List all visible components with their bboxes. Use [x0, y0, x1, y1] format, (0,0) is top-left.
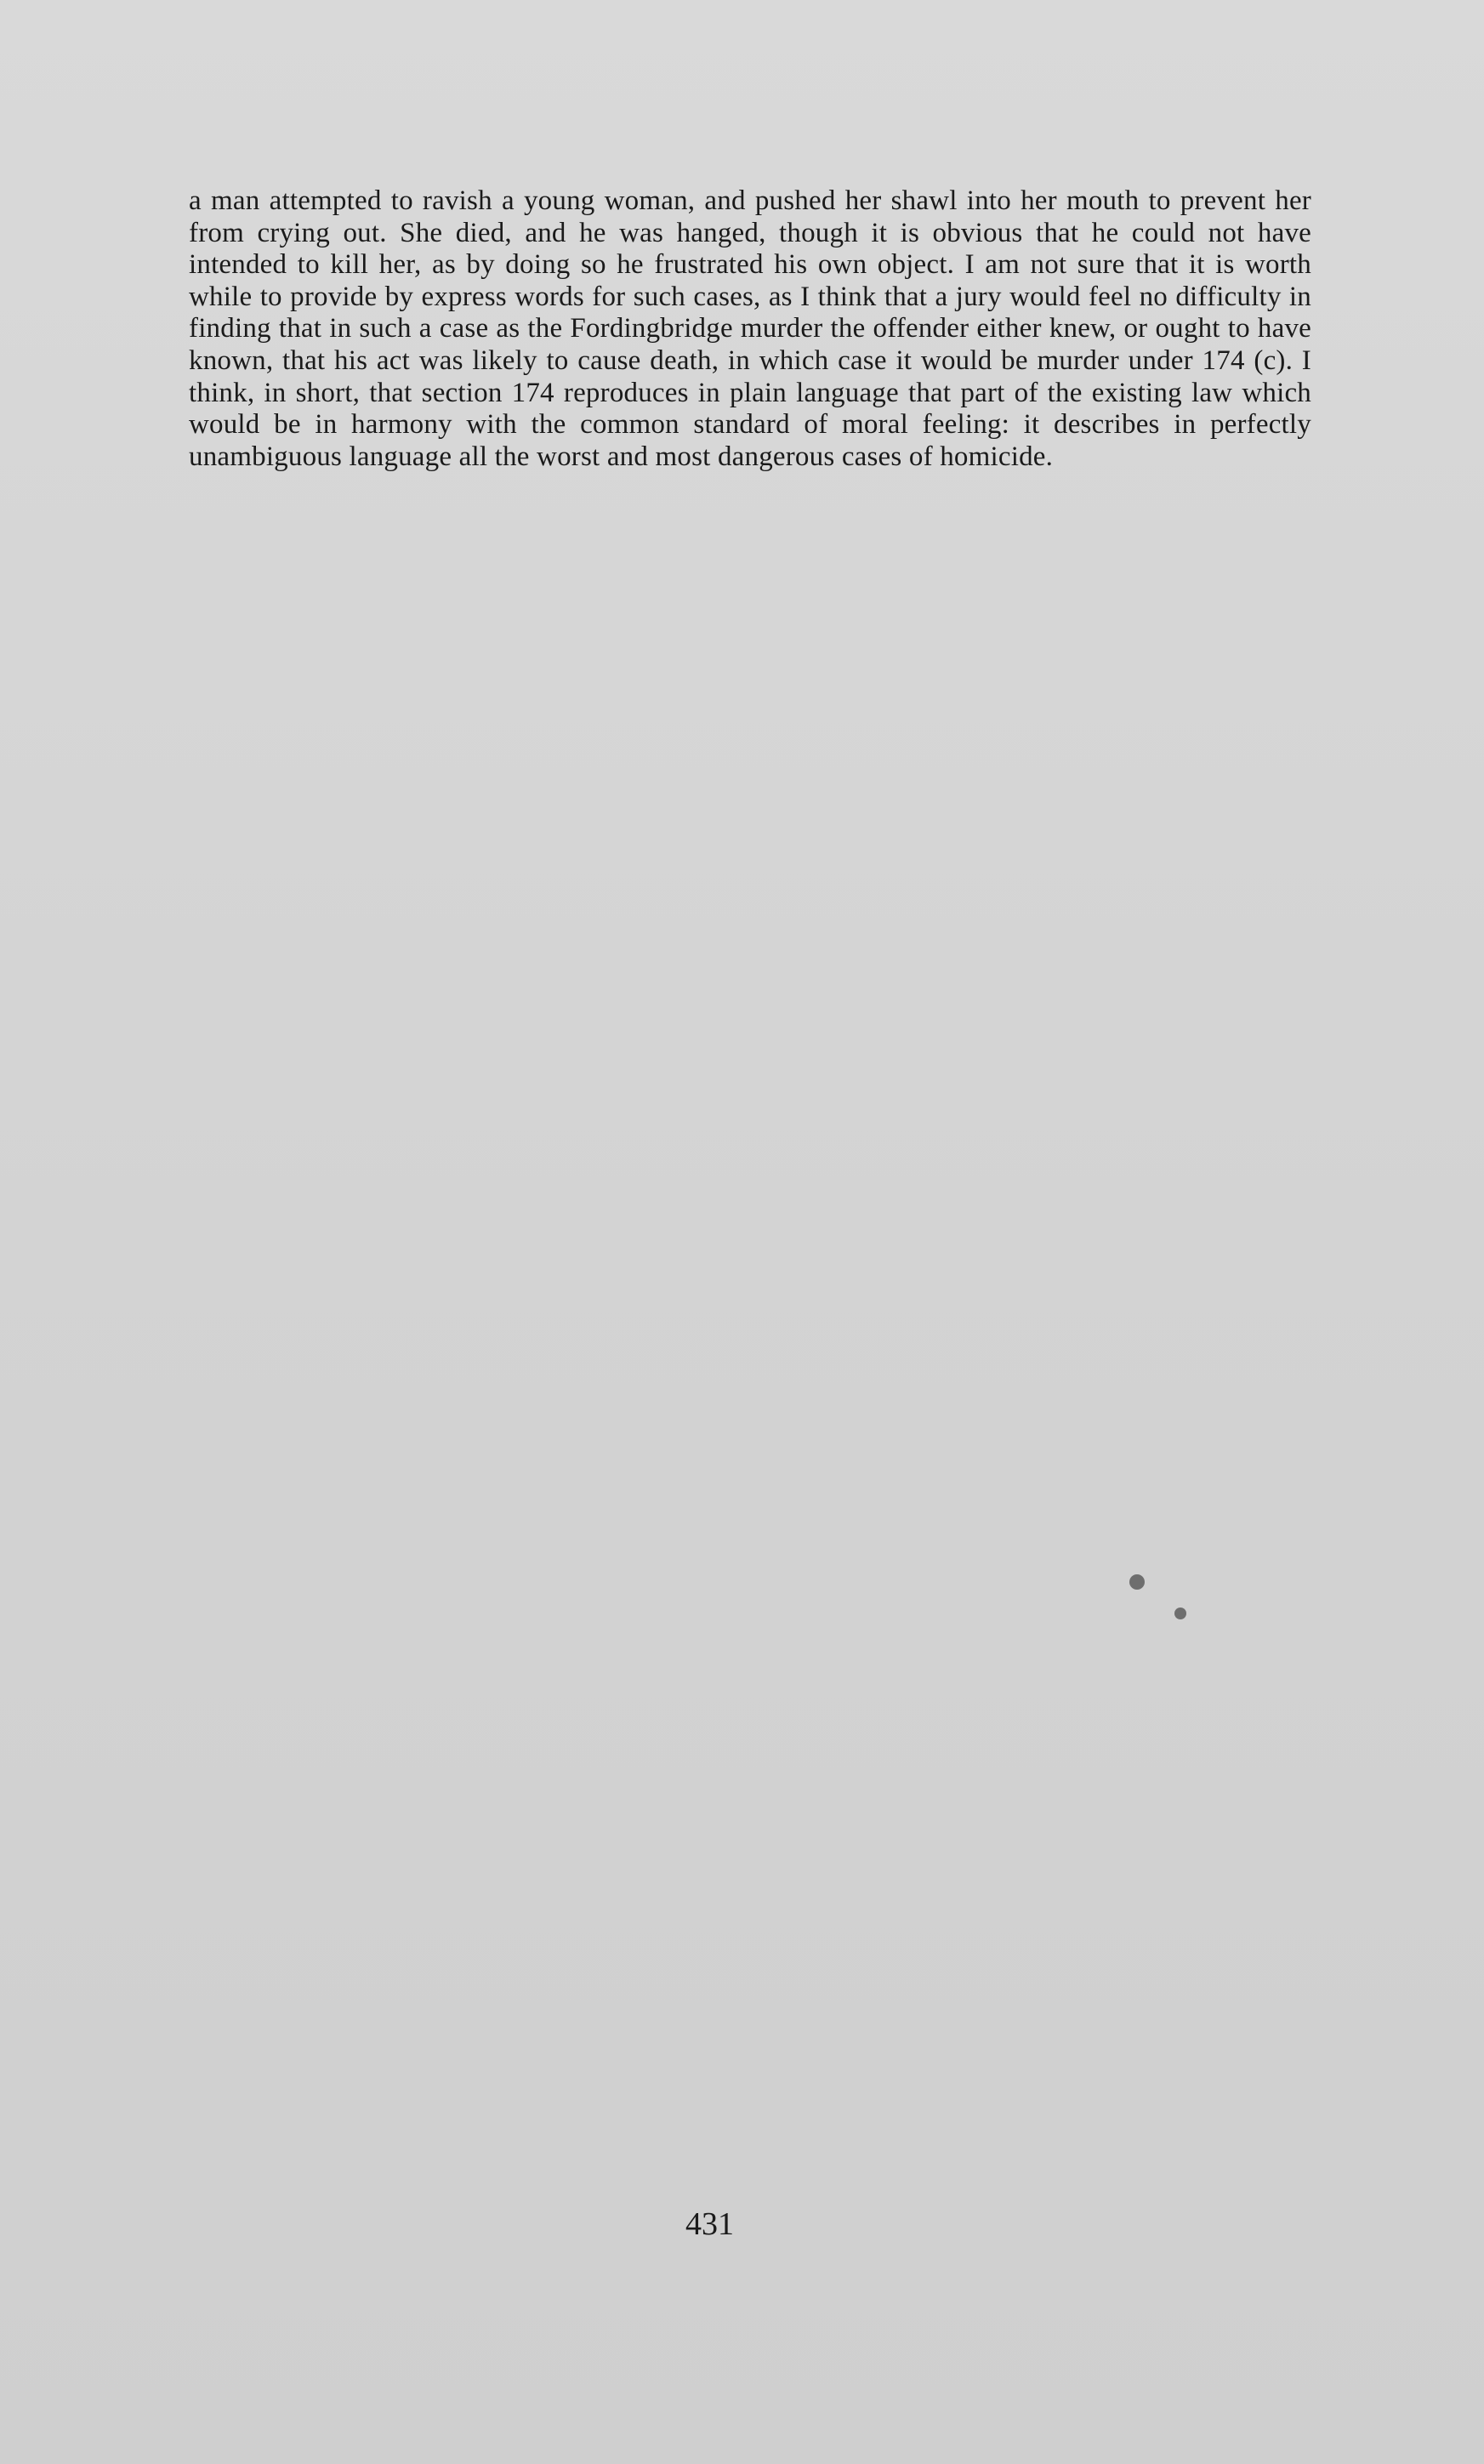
scan-speck [1129, 1574, 1145, 1590]
paragraph: a man attempted to ravish a young woman,… [189, 185, 1311, 473]
scan-speck [1174, 1608, 1186, 1619]
body-text-block: a man attempted to ravish a young woman,… [189, 185, 1311, 473]
page-number: 431 [685, 2205, 734, 2243]
scanned-page: a man attempted to ravish a young woman,… [0, 0, 1484, 2464]
